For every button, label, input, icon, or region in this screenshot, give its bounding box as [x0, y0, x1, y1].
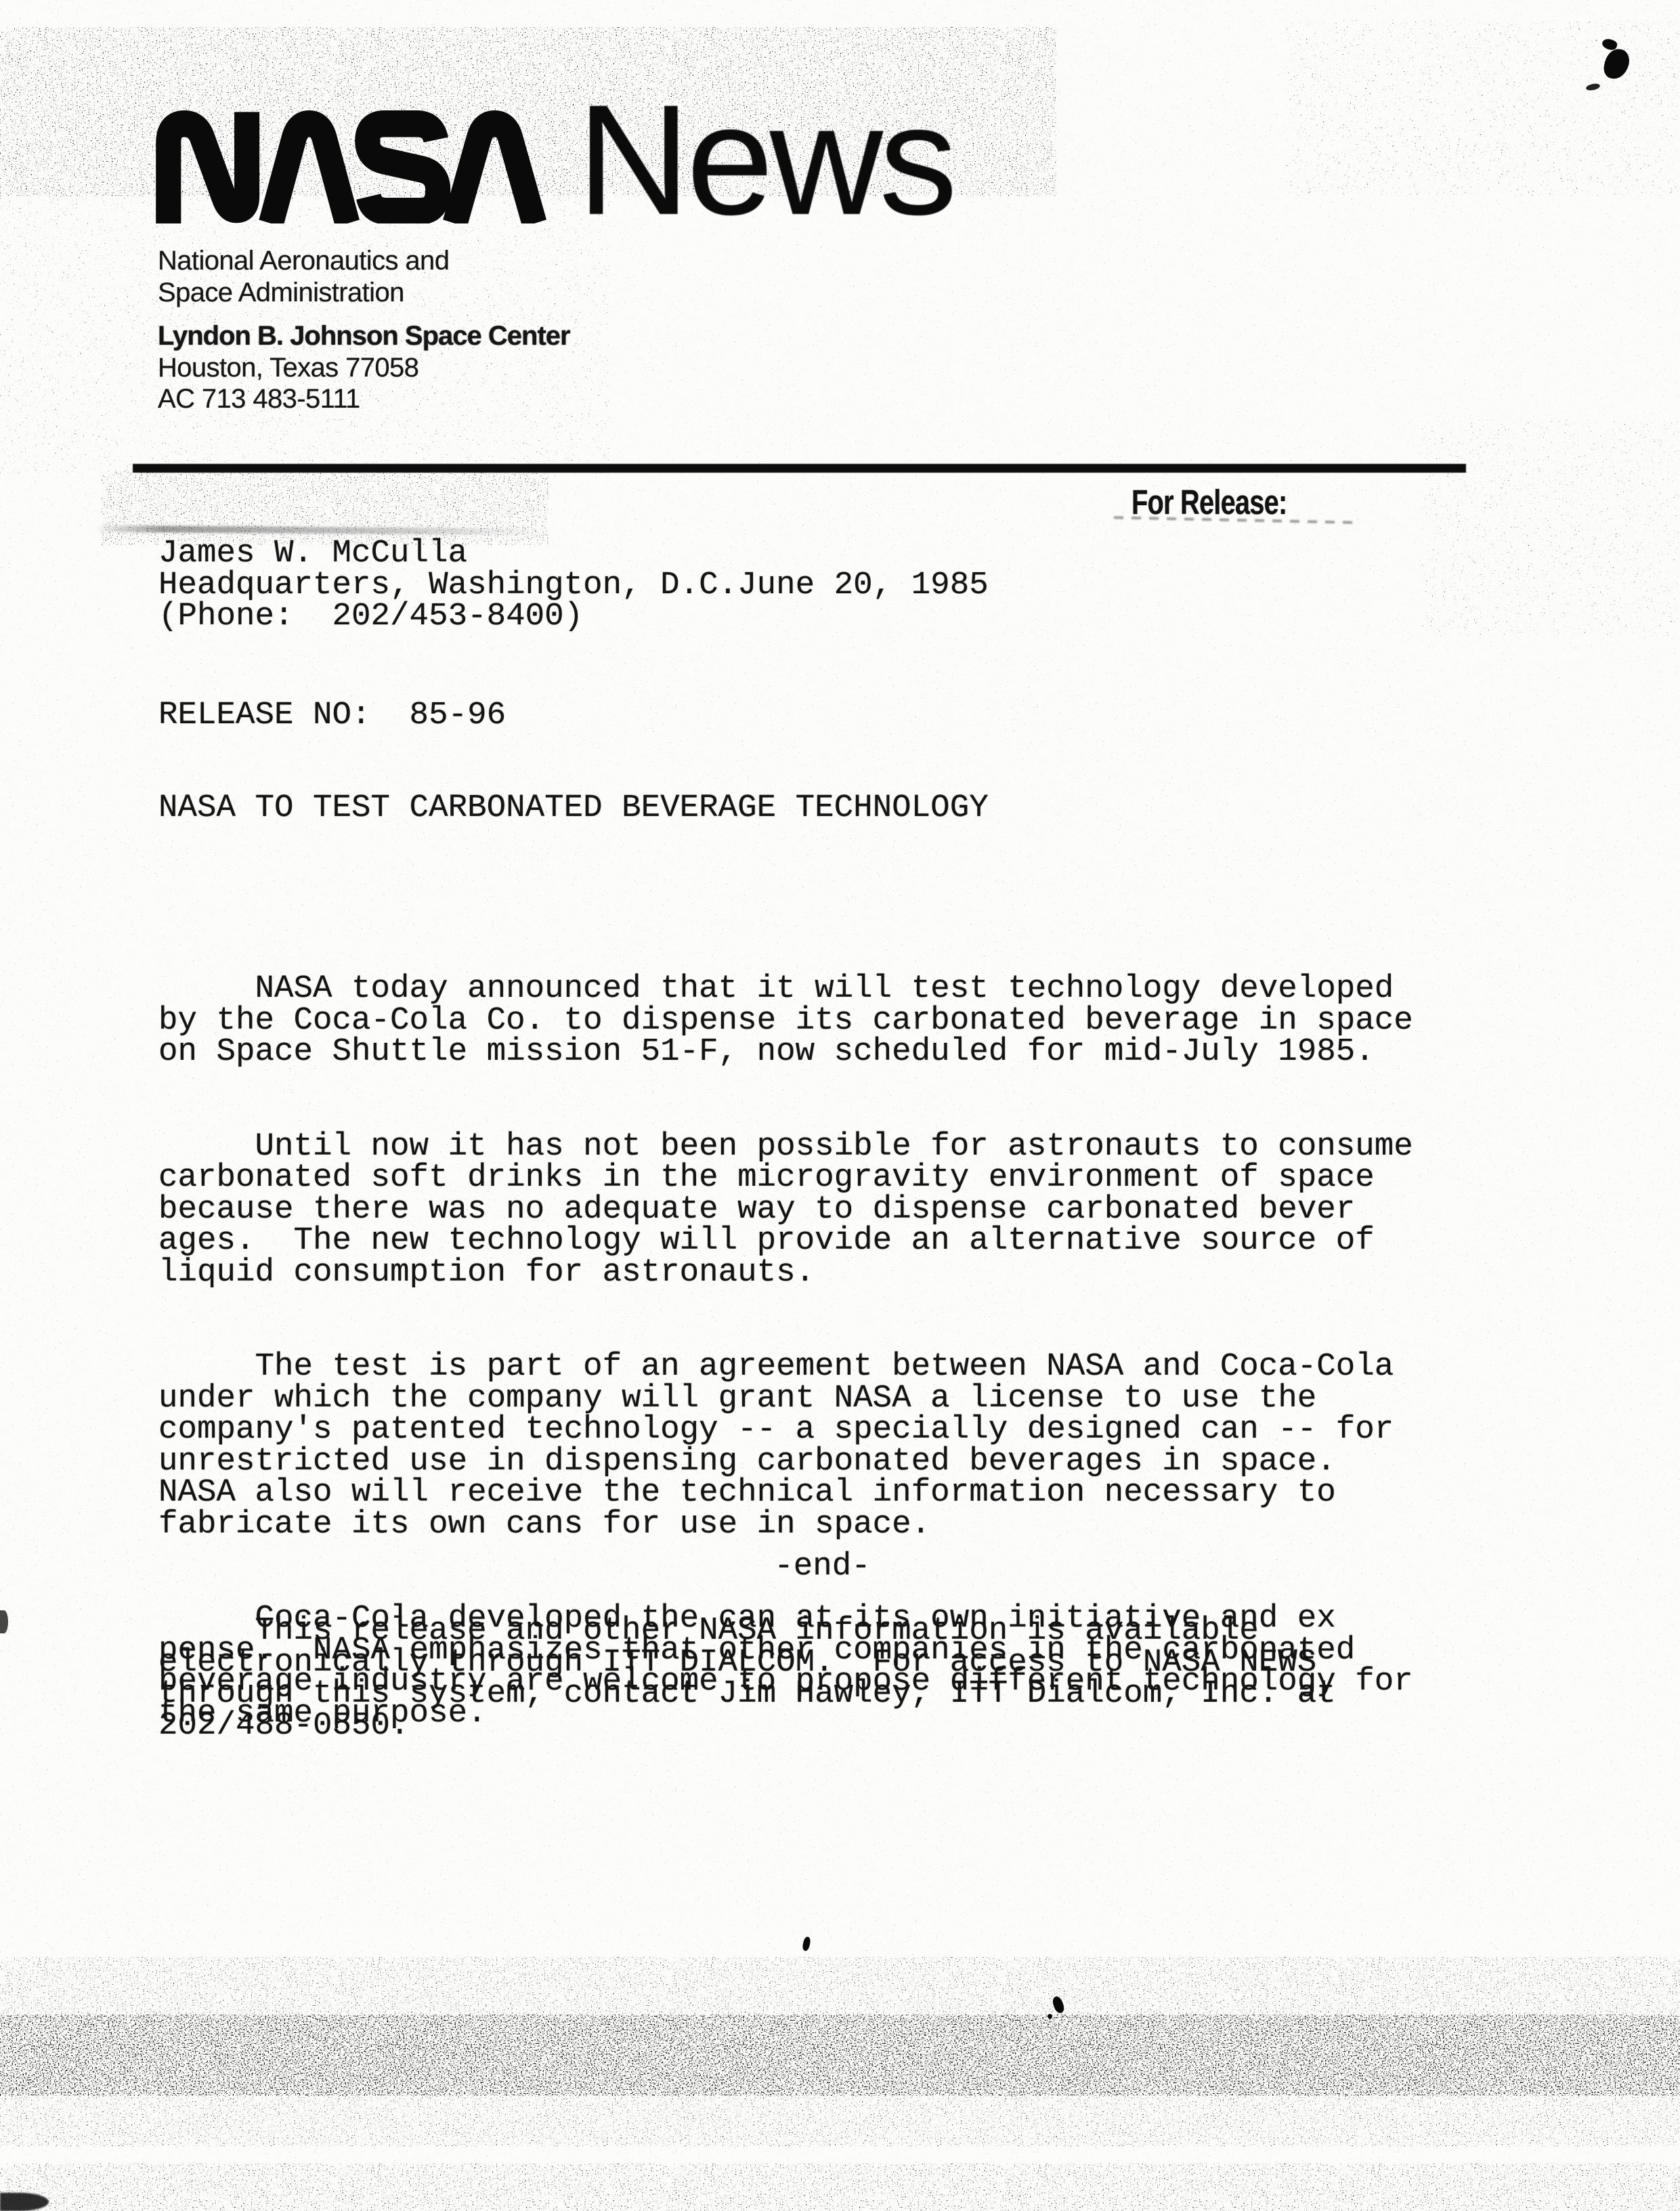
nasa-wordmark-text: NASA — [0, 0, 1, 1]
scan-artifact-band-dot — [1048, 2014, 1052, 2019]
scan-artifact-band-mark — [1051, 1995, 1066, 2014]
scan-noise-release-area — [1422, 420, 1679, 637]
center-block: Lyndon B. Johnson Space Center Houston, … — [158, 320, 570, 415]
body-paragraph: The test is part of an agreement between… — [158, 1351, 1486, 1540]
body-paragraph: Until now it has not been possible for a… — [158, 1131, 1486, 1289]
scan-noise-bottom-edge — [0, 2164, 1680, 2211]
body-paragraph: NASA today announced that it will test t… — [158, 973, 1486, 1068]
scan-artifact-left-edge — [0, 1610, 8, 1633]
scan-artifact-top-right-main — [1601, 46, 1632, 81]
scanned-press-release: { "colors": { "ink": "#141414", "paper":… — [0, 0, 1680, 2211]
scan-artifact-bottom-corner — [0, 2193, 49, 2211]
for-release-label: For Release: — [1132, 485, 1287, 519]
contact-block: James W. McCulla Headquarters, Washingto… — [158, 538, 989, 632]
scan-noise-band-halo — [0, 1957, 1680, 2147]
agency-name: National Aeronautics and Space Administr… — [158, 245, 449, 309]
nasa-worm-logo — [154, 108, 548, 223]
logo-news-text: News — [577, 102, 953, 218]
scan-artifact-top-right-dash — [1585, 83, 1600, 91]
scan-smudge-under-rule — [95, 525, 542, 536]
availability-note: This release and other NASA information … — [158, 1615, 1486, 1741]
end-marker: -end- — [158, 1551, 1486, 1583]
divider-rule — [133, 464, 1466, 473]
scan-noise-band — [0, 2015, 1680, 2096]
center-address: Houston, Texas 77058 — [158, 352, 570, 384]
scan-noise-top-right — [1287, 20, 1679, 196]
release-headline: NASA TO TEST CARBONATED BEVERAGE TECHNOL… — [158, 792, 989, 824]
center-phone: AC 713 483-5111 — [158, 383, 570, 415]
center-name: Lyndon B. Johnson Space Center — [158, 320, 570, 352]
release-number: RELEASE NO: 85-96 — [158, 700, 506, 731]
scan-artifact-band-mark — [802, 1936, 811, 1952]
